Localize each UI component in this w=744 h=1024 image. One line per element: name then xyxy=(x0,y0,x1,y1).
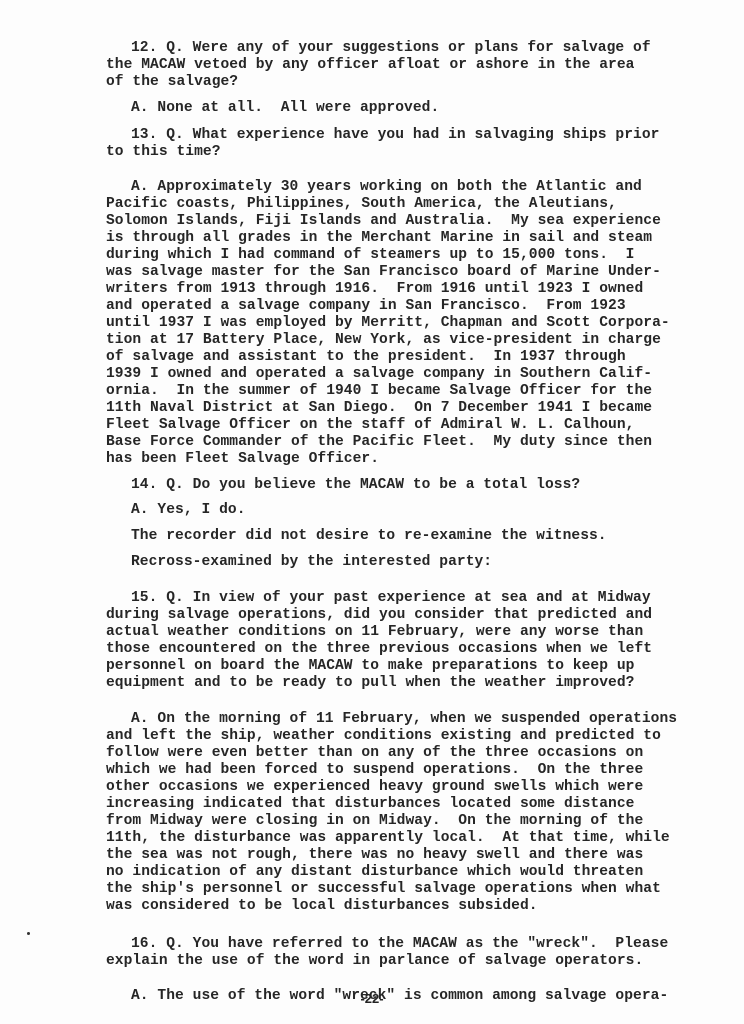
document-line: is through all grades in the Merchant Ma… xyxy=(106,230,652,246)
document-line: 14. Q. Do you believe the MACAW to be a … xyxy=(131,477,580,493)
document-line: explain the use of the word in parlance … xyxy=(106,953,643,969)
document-line: was considered to be local disturbances … xyxy=(106,898,538,914)
document-line: Pacific coasts, Philippines, South Ameri… xyxy=(106,196,617,212)
document-line: 11th Naval District at San Diego. On 7 D… xyxy=(106,400,652,416)
document-line: ornia. In the summer of 1940 I became Sa… xyxy=(106,383,652,399)
document-line: of the salvage? xyxy=(106,74,238,90)
document-line: to this time? xyxy=(106,144,221,160)
document-line: and left the ship, weather conditions ex… xyxy=(106,728,661,744)
document-line: A. Yes, I do. xyxy=(131,502,246,518)
document-line: no indication of any distant disturbance… xyxy=(106,864,643,880)
document-line: A. None at all. All were approved. xyxy=(131,100,439,116)
document-line: A. Approximately 30 years working on bot… xyxy=(131,179,642,195)
document-line: those encountered on the three previous … xyxy=(106,641,652,657)
document-line: 15. Q. In view of your past experience a… xyxy=(131,590,651,606)
document-line: Fleet Salvage Officer on the staff of Ad… xyxy=(106,417,634,433)
margin-mark xyxy=(27,932,30,935)
document-line: The recorder did not desire to re-examin… xyxy=(131,528,607,544)
document-line: has been Fleet Salvage Officer. xyxy=(106,451,379,467)
document-line: other occasions we experienced heavy gro… xyxy=(106,779,643,795)
document-line: 11th, the disturbance was apparently loc… xyxy=(106,830,670,846)
document-line: was salvage master for the San Francisco… xyxy=(106,264,661,280)
document-line: of salvage and assistant to the presiden… xyxy=(106,349,626,365)
document-line: the MACAW vetoed by any officer afloat o… xyxy=(106,57,634,73)
document-line: 13. Q. What experience have you had in s… xyxy=(131,127,659,143)
document-line: Solomon Islands, Fiji Islands and Austra… xyxy=(106,213,661,229)
document-line: 1939 I owned and operated a salvage comp… xyxy=(106,366,652,382)
document-line: tion at 17 Battery Place, New York, as v… xyxy=(106,332,661,348)
document-page: 12. Q. Were any of your suggestions or p… xyxy=(0,0,744,1024)
document-line: 16. Q. You have referred to the MACAW as… xyxy=(131,936,668,952)
document-line: Base Force Commander of the Pacific Flee… xyxy=(106,434,652,450)
document-line: during which I had command of steamers u… xyxy=(106,247,634,263)
document-line: and operated a salvage company in San Fr… xyxy=(106,298,626,314)
document-line: equipment and to be ready to pull when t… xyxy=(106,675,634,691)
document-line: increasing indicated that disturbances l… xyxy=(106,796,634,812)
document-line: A. On the morning of 11 February, when w… xyxy=(131,711,677,727)
document-line: follow were even better than on any of t… xyxy=(106,745,643,761)
document-line: Recross-examined by the interested party… xyxy=(131,554,492,570)
document-line: until 1937 I was employed by Merritt, Ch… xyxy=(106,315,670,331)
document-line: writers from 1913 through 1916. From 191… xyxy=(106,281,643,297)
document-line: during salvage operations, did you consi… xyxy=(106,607,652,623)
document-line: from Midway were closing in on Midway. O… xyxy=(106,813,643,829)
document-line: actual weather conditions on 11 February… xyxy=(106,624,643,640)
document-line: the sea was not rough, there was no heav… xyxy=(106,847,643,863)
document-line: the ship's personnel or successful salva… xyxy=(106,881,661,897)
document-line: personnel on board the MACAW to make pre… xyxy=(106,658,634,674)
page-number: -22- xyxy=(0,991,744,1006)
document-line: which we had been forced to suspend oper… xyxy=(106,762,643,778)
document-line: 12. Q. Were any of your suggestions or p… xyxy=(131,40,651,56)
